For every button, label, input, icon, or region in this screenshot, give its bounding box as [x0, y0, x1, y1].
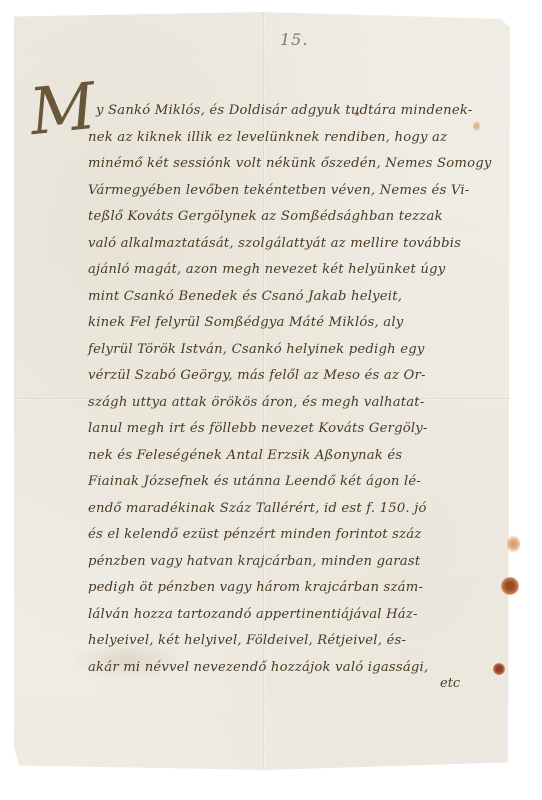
- text-line: szágh uttya attak örökös áron, és megh v…: [88, 390, 508, 417]
- text-line: kinek Fel felyrül Somßédgya Máté Miklós,…: [88, 310, 508, 337]
- text-line: felyrül Török István, Csankó helyinek pe…: [88, 337, 508, 364]
- text-line: lálván hozza tartozandó appertinentiájáv…: [88, 602, 508, 629]
- text-line: lanul megh irt és föllebb nevezet Kováts…: [88, 416, 508, 443]
- text-line: minémő két sessiónk volt nékünk őszedén,…: [88, 151, 508, 178]
- foxing-stain: [507, 535, 520, 553]
- text-line: való alkalmaztatását, szolgálattyát az m…: [88, 231, 508, 258]
- text-line: Fiainak Józsefnek és utánna Leendő két á…: [88, 469, 508, 496]
- text-line: helyeivel, két helyivel, Földeivel, Rétj…: [88, 628, 508, 655]
- text-line: Vármegyében levőben tekéntetben véven, N…: [88, 178, 508, 205]
- closing-mark: etc: [440, 676, 460, 691]
- text-line: ajánló magát, azon megh nevezet két hely…: [88, 257, 508, 284]
- text-line: és el kelendő ezüst pénzért minden forin…: [88, 522, 508, 549]
- text-line: mint Csankó Benedek és Csanó Jakab helye…: [88, 284, 508, 311]
- text-line: nek és Feleségének Antal Erzsik Aßonynak…: [88, 443, 508, 470]
- page-number: 15.: [280, 30, 308, 49]
- text-line: teßlő Kováts Gergölynek az Somßédsághban…: [88, 204, 508, 231]
- text-line: nek az kiknek illik ez levelünknek rendi…: [88, 125, 508, 152]
- text-line: vérzül Szabó Geörgy, más felől az Meso é…: [88, 363, 508, 390]
- text-line: y Sankó Miklós, és Doldisár adgyuk tudtá…: [96, 98, 508, 125]
- text-line: endő maradékinak Száz Tallérért, id est …: [88, 496, 508, 523]
- text-line: pedigh öt pénzben vagy három krajcárban …: [88, 575, 508, 602]
- text-line: pénzben vagy hatvan krajcárban, minden g…: [88, 549, 508, 576]
- manuscript-text: y Sankó Miklós, és Doldisár adgyuk tudtá…: [88, 98, 508, 681]
